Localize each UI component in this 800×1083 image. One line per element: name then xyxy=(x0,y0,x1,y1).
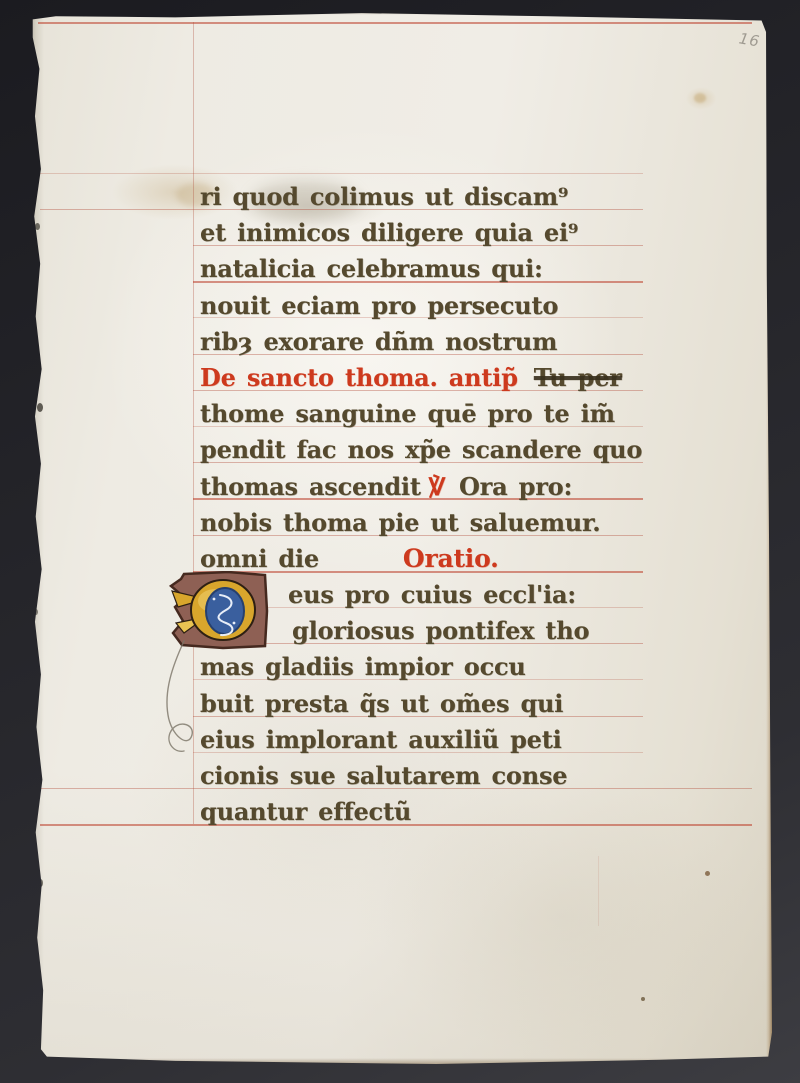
text-line: nobis thoma pie ut saluemur. xyxy=(200,505,652,541)
rubric-heading: De sancto thoma. antip̃ xyxy=(200,363,518,392)
text-line: eius implorant auxiliũ peti xyxy=(200,722,652,758)
leaf-right-edge xyxy=(766,11,772,1064)
rule-line xyxy=(40,173,643,174)
leaf-bottom-edge xyxy=(26,1058,772,1064)
manuscript-leaf: 16 D ri quod colimus ut d xyxy=(26,11,772,1064)
latin-text: Ora pro: xyxy=(459,472,572,501)
text-line: ri quod colimus ut discam⁹ xyxy=(200,179,652,215)
text-line: pendit fac nos xp̃e scandere quo xyxy=(200,432,652,468)
latin-text: mas gladiis impior occu xyxy=(200,652,526,681)
oratio-heading: Oratio. xyxy=(403,544,499,573)
latin-text: cionis sue salutarem conse xyxy=(200,761,567,790)
latin-text: pendit fac nos xp̃e scandere quo xyxy=(200,435,642,464)
text-line: quantur effectũ xyxy=(200,794,652,830)
edge-speck xyxy=(35,223,40,230)
latin-text: gloriosus pontifex tho xyxy=(292,616,589,645)
latin-text: omni die xyxy=(200,544,319,573)
latin-text: et inimicos diligere quia ei⁹ xyxy=(200,218,578,247)
photo-background: 16 D ri quod colimus ut d xyxy=(0,0,800,1083)
versicle-mark: ℣ xyxy=(429,472,445,501)
latin-text: eus pro cuius eccl'ia: xyxy=(288,580,576,609)
text-line: nouit eciam pro persecuto xyxy=(200,288,652,324)
folio-number: 16 xyxy=(738,29,762,50)
parchment-dot xyxy=(641,997,645,1001)
latin-text: nobis thoma pie ut saluemur. xyxy=(200,508,600,537)
text-line: buit presta q̃s ut om̃es qui xyxy=(200,686,652,722)
latin-text: ribȝ exorare dñm nostrum xyxy=(200,327,557,356)
latin-text: natalicia celebramus qui: xyxy=(200,254,543,283)
rule-line xyxy=(38,22,752,24)
edge-speck xyxy=(37,403,43,412)
leaf-left-edge xyxy=(26,11,44,1064)
edge-speck xyxy=(34,609,38,615)
text-line: thome sanguine quē pro te im̃ xyxy=(200,396,652,432)
text-line: natalicia celebramus qui: xyxy=(200,251,652,287)
text-block: ri quod colimus ut discam⁹ et inimicos d… xyxy=(200,179,652,830)
struck-text: Tu per xyxy=(534,363,622,392)
latin-text: thomas ascendit xyxy=(200,472,421,501)
latin-text: eius implorant auxiliũ peti xyxy=(200,725,562,754)
text-line-initial-1: eus pro cuius eccl'ia: xyxy=(200,577,652,613)
flourish-path xyxy=(167,641,192,751)
text-line-oratio: omni dieOratio. xyxy=(200,541,652,577)
latin-text: thome sanguine quē pro te im̃ xyxy=(200,399,615,428)
rule-line-vertical xyxy=(598,856,599,926)
text-line: cionis sue salutarem conse xyxy=(200,758,652,794)
text-line-with-versicle: thomas ascendit℣Ora pro: xyxy=(200,469,652,505)
latin-text: ri quod colimus ut discam⁹ xyxy=(200,182,568,211)
latin-text: nouit eciam pro persecuto xyxy=(200,291,558,320)
text-line-initial-2: gloriosus pontifex tho xyxy=(200,613,652,649)
edge-speck xyxy=(38,879,43,887)
latin-text: buit presta q̃s ut om̃es qui xyxy=(200,689,563,718)
parchment-spot xyxy=(694,93,706,103)
text-line: ribȝ exorare dñm nostrum xyxy=(200,324,652,360)
text-line-rubric-heading: De sancto thoma. antip̃Tu per xyxy=(200,360,652,396)
parchment-dot xyxy=(705,871,710,876)
latin-text: quantur effectũ xyxy=(200,797,411,826)
text-line: mas gladiis impior occu xyxy=(200,649,652,685)
leaf-top-edge xyxy=(26,11,772,15)
text-line: et inimicos diligere quia ei⁹ xyxy=(200,215,652,251)
